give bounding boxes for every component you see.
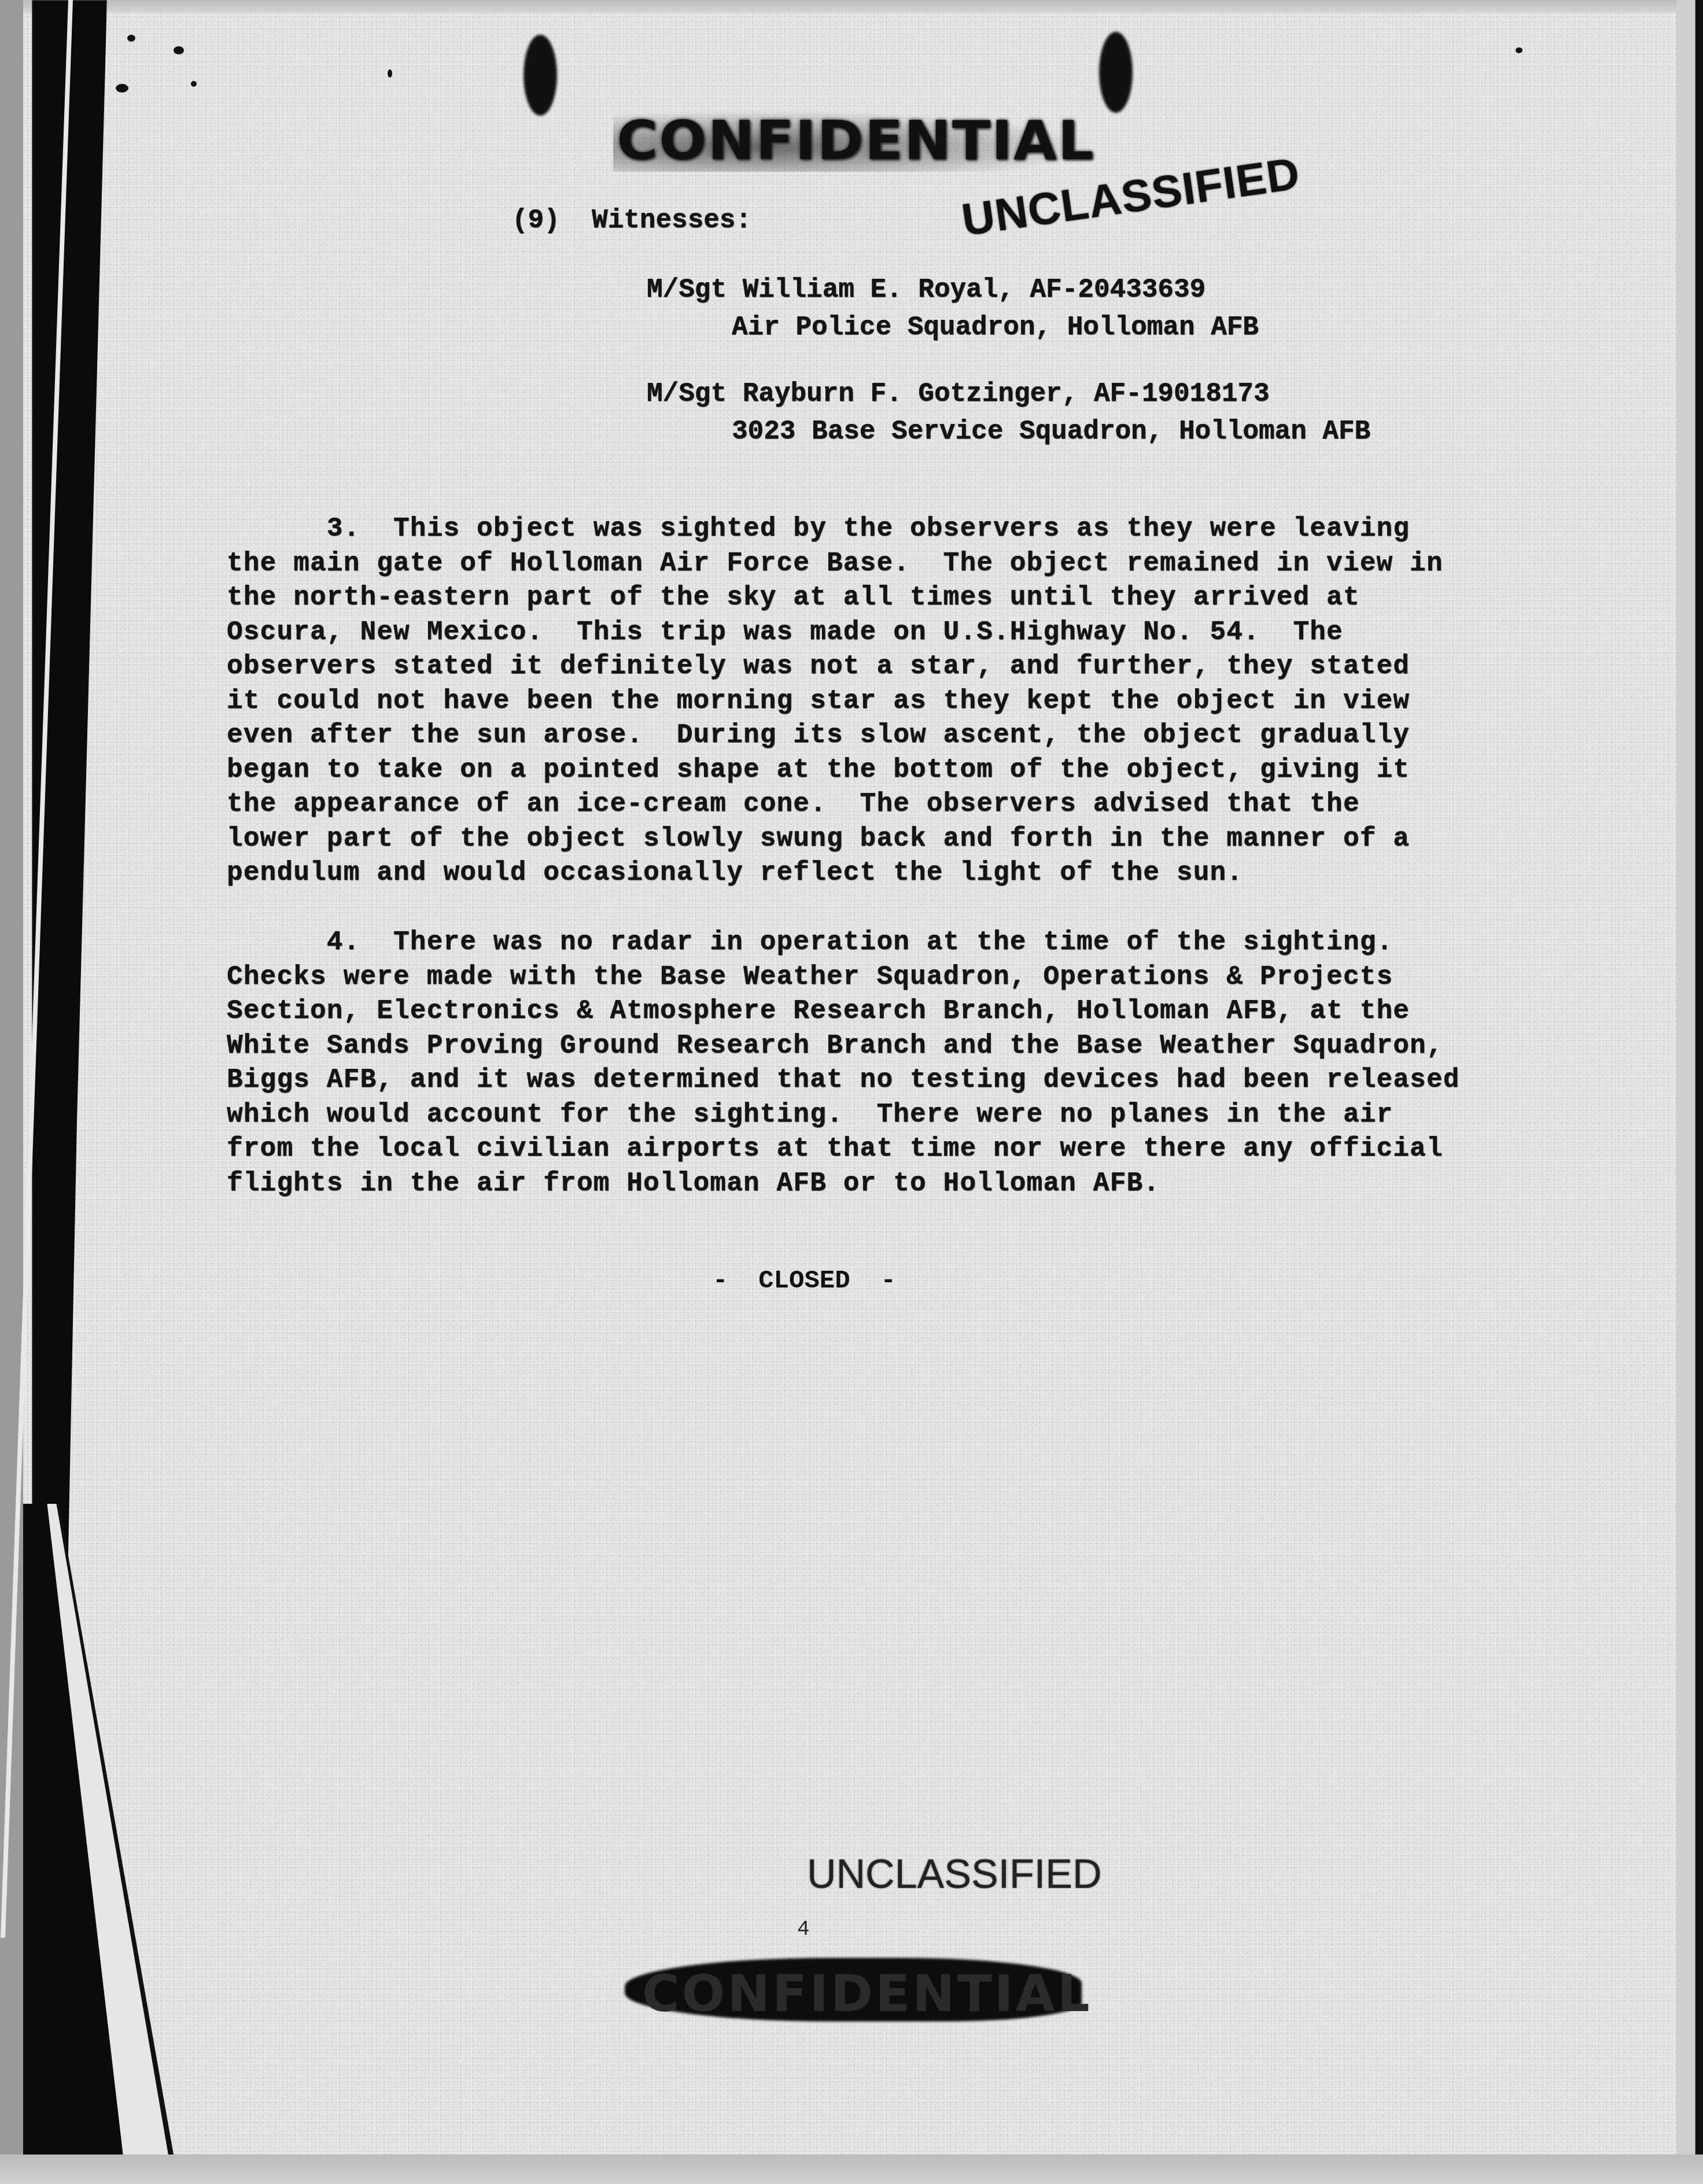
page-right-edge bbox=[1676, 0, 1703, 2184]
page-bottom-edge bbox=[0, 2155, 1703, 2184]
paragraph-line: Biggs AFB, and it was determined that no… bbox=[227, 1063, 1546, 1098]
ink-speck bbox=[1516, 47, 1523, 53]
ink-speck bbox=[116, 84, 128, 93]
paragraph-line: lower part of the object slowly swung ba… bbox=[227, 822, 1546, 857]
paragraph-line: from the local civilian airports at that… bbox=[227, 1132, 1546, 1167]
paragraph-line: even after the sun arose. During its slo… bbox=[227, 718, 1546, 753]
paragraph-line: White Sands Proving Ground Research Bran… bbox=[227, 1029, 1546, 1064]
paragraph-line: observers stated it definitely was not a… bbox=[227, 650, 1546, 684]
paragraph-line: 4. There was no radar in operation at th… bbox=[227, 925, 1546, 960]
paragraph-3: 3. This object was sighted by the observ… bbox=[227, 512, 1546, 891]
ink-speck bbox=[127, 35, 135, 42]
paragraph-line: which would account for the sighting. Th… bbox=[227, 1098, 1546, 1132]
paragraph-line: Oscura, New Mexico. This trip was made o… bbox=[227, 615, 1546, 650]
paragraph-line: flights in the air from Holloman AFB or … bbox=[227, 1167, 1546, 1201]
confidential-stamp-bottom: CONFIDENTIAL bbox=[642, 1964, 1092, 2023]
closed-marker: - CLOSED - bbox=[713, 1267, 896, 1296]
ink-speck bbox=[388, 69, 392, 78]
paragraph-line: began to take on a pointed shape at the … bbox=[227, 753, 1546, 788]
paragraph-4: 4. There was no radar in operation at th… bbox=[227, 925, 1546, 1201]
paragraph-line: it could not have been the morning star … bbox=[227, 684, 1546, 719]
page-number: 4 bbox=[797, 1917, 810, 1941]
paragraph-line: the appearance of an ice-cream cone. The… bbox=[227, 787, 1546, 822]
paragraph-line: 3. This object was sighted by the observ… bbox=[227, 512, 1546, 547]
paragraph-line: Section, Electronics & Atmosphere Resear… bbox=[227, 994, 1546, 1029]
paragraph-line: the main gate of Holloman Air Force Base… bbox=[227, 547, 1546, 581]
confidential-stamp-top: CONFIDENTIAL bbox=[613, 110, 1099, 172]
paragraph-line: pendulum and would occasionally reflect … bbox=[227, 856, 1546, 891]
witness-1-unit: Air Police Squadron, Holloman AFB bbox=[732, 312, 1259, 342]
paragraph-line: the north-eastern part of the sky at all… bbox=[227, 581, 1546, 615]
scanned-document: CONFIDENTIAL UNCLASSIFIED (9) Witnesses:… bbox=[0, 0, 1703, 2184]
punch-hole-left bbox=[524, 35, 557, 116]
witness-2-unit: 3023 Base Service Squadron, Holloman AFB bbox=[732, 416, 1370, 447]
punch-hole-right bbox=[1099, 32, 1133, 113]
paragraph-line: Checks were made with the Base Weather S… bbox=[227, 960, 1546, 995]
page-top-edge bbox=[23, 0, 1676, 13]
unclassified-stamp-bottom: UNCLASSIFIED bbox=[807, 1851, 1102, 1897]
witness-1-name: M/Sgt William E. Royal, AF-20433639 bbox=[647, 275, 1206, 305]
witness-2-name: M/Sgt Rayburn F. Gotzinger, AF-19018173 bbox=[647, 379, 1270, 409]
witnesses-heading: (9) Witnesses: bbox=[512, 205, 751, 235]
ink-speck bbox=[1698, 12, 1703, 19]
ink-speck bbox=[174, 46, 184, 54]
ink-speck bbox=[191, 81, 197, 87]
